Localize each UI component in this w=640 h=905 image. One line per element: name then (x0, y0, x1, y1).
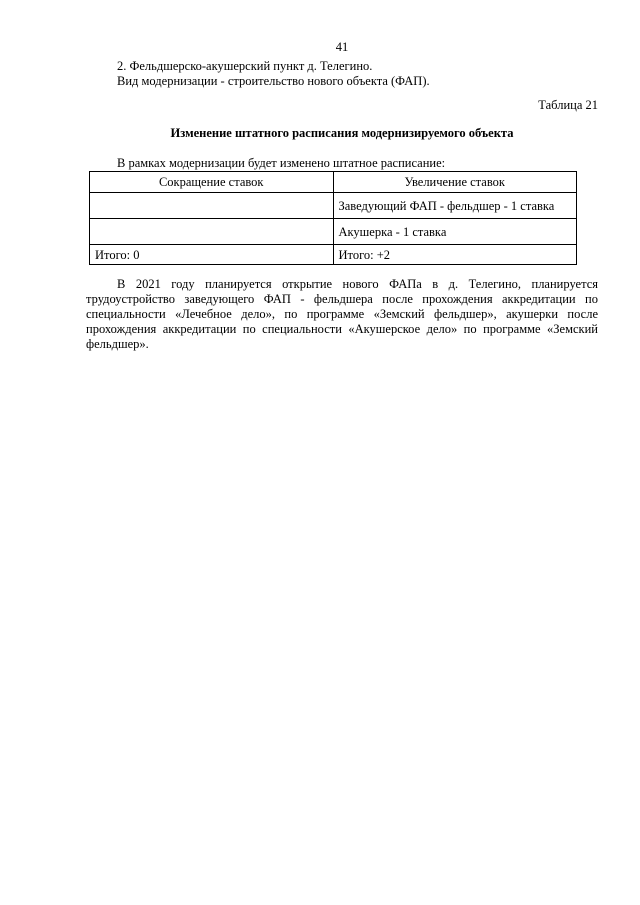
table-intro: В рамках модернизации будет изменено шта… (86, 156, 598, 171)
reduction-cell-1 (90, 193, 334, 219)
body-paragraph-line: В 2021 году планируется открытие нового … (86, 277, 598, 292)
column-header-reduction: Сокращение ставок (90, 172, 334, 193)
body-paragraph-line: фельдшер». (86, 337, 598, 352)
reduction-cell-2 (90, 219, 334, 245)
intro-block: 2. Фельдшерско-акушерский пункт д. Телег… (86, 59, 598, 89)
staff-table-header-row: Сокращение ставок Увеличение ставок (90, 172, 577, 193)
table-total-row: Итого: 0 Итого: +2 (90, 245, 577, 265)
page-content: 41 2. Фельдшерско-акушерский пункт д. Те… (86, 0, 598, 352)
body-paragraph-line: прохождения аккредитации по специальност… (86, 322, 598, 337)
body-paragraph-line: трудоустройство заведующего ФАП - фельдш… (86, 292, 598, 307)
increase-total-cell: Итого: +2 (333, 245, 577, 265)
reduction-total-cell: Итого: 0 (90, 245, 334, 265)
modernization-type-line: Вид модернизации - строительство нового … (86, 74, 598, 89)
increase-cell-1: Заведующий ФАП - фельдшер - 1 ставка (333, 193, 577, 219)
facility-line: 2. Фельдшерско-акушерский пункт д. Телег… (86, 59, 598, 74)
staff-table: Сокращение ставок Увеличение ставок Заве… (89, 171, 577, 265)
table-row: Заведующий ФАП - фельдшер - 1 ставка (90, 193, 577, 219)
table-label: Таблица 21 (86, 98, 598, 113)
table-title: Изменение штатного расписания модернизир… (86, 126, 598, 141)
page-number: 41 (86, 40, 598, 55)
column-header-increase: Увеличение ставок (333, 172, 577, 193)
body-paragraph: В 2021 году планируется открытие нового … (86, 277, 598, 352)
increase-cell-2: Акушерка - 1 ставка (333, 219, 577, 245)
body-paragraph-line: специальности «Лечебное дело», по програ… (86, 307, 598, 322)
table-row: Акушерка - 1 ставка (90, 219, 577, 245)
document-page: 41 2. Фельдшерско-акушерский пункт д. Те… (0, 0, 640, 905)
